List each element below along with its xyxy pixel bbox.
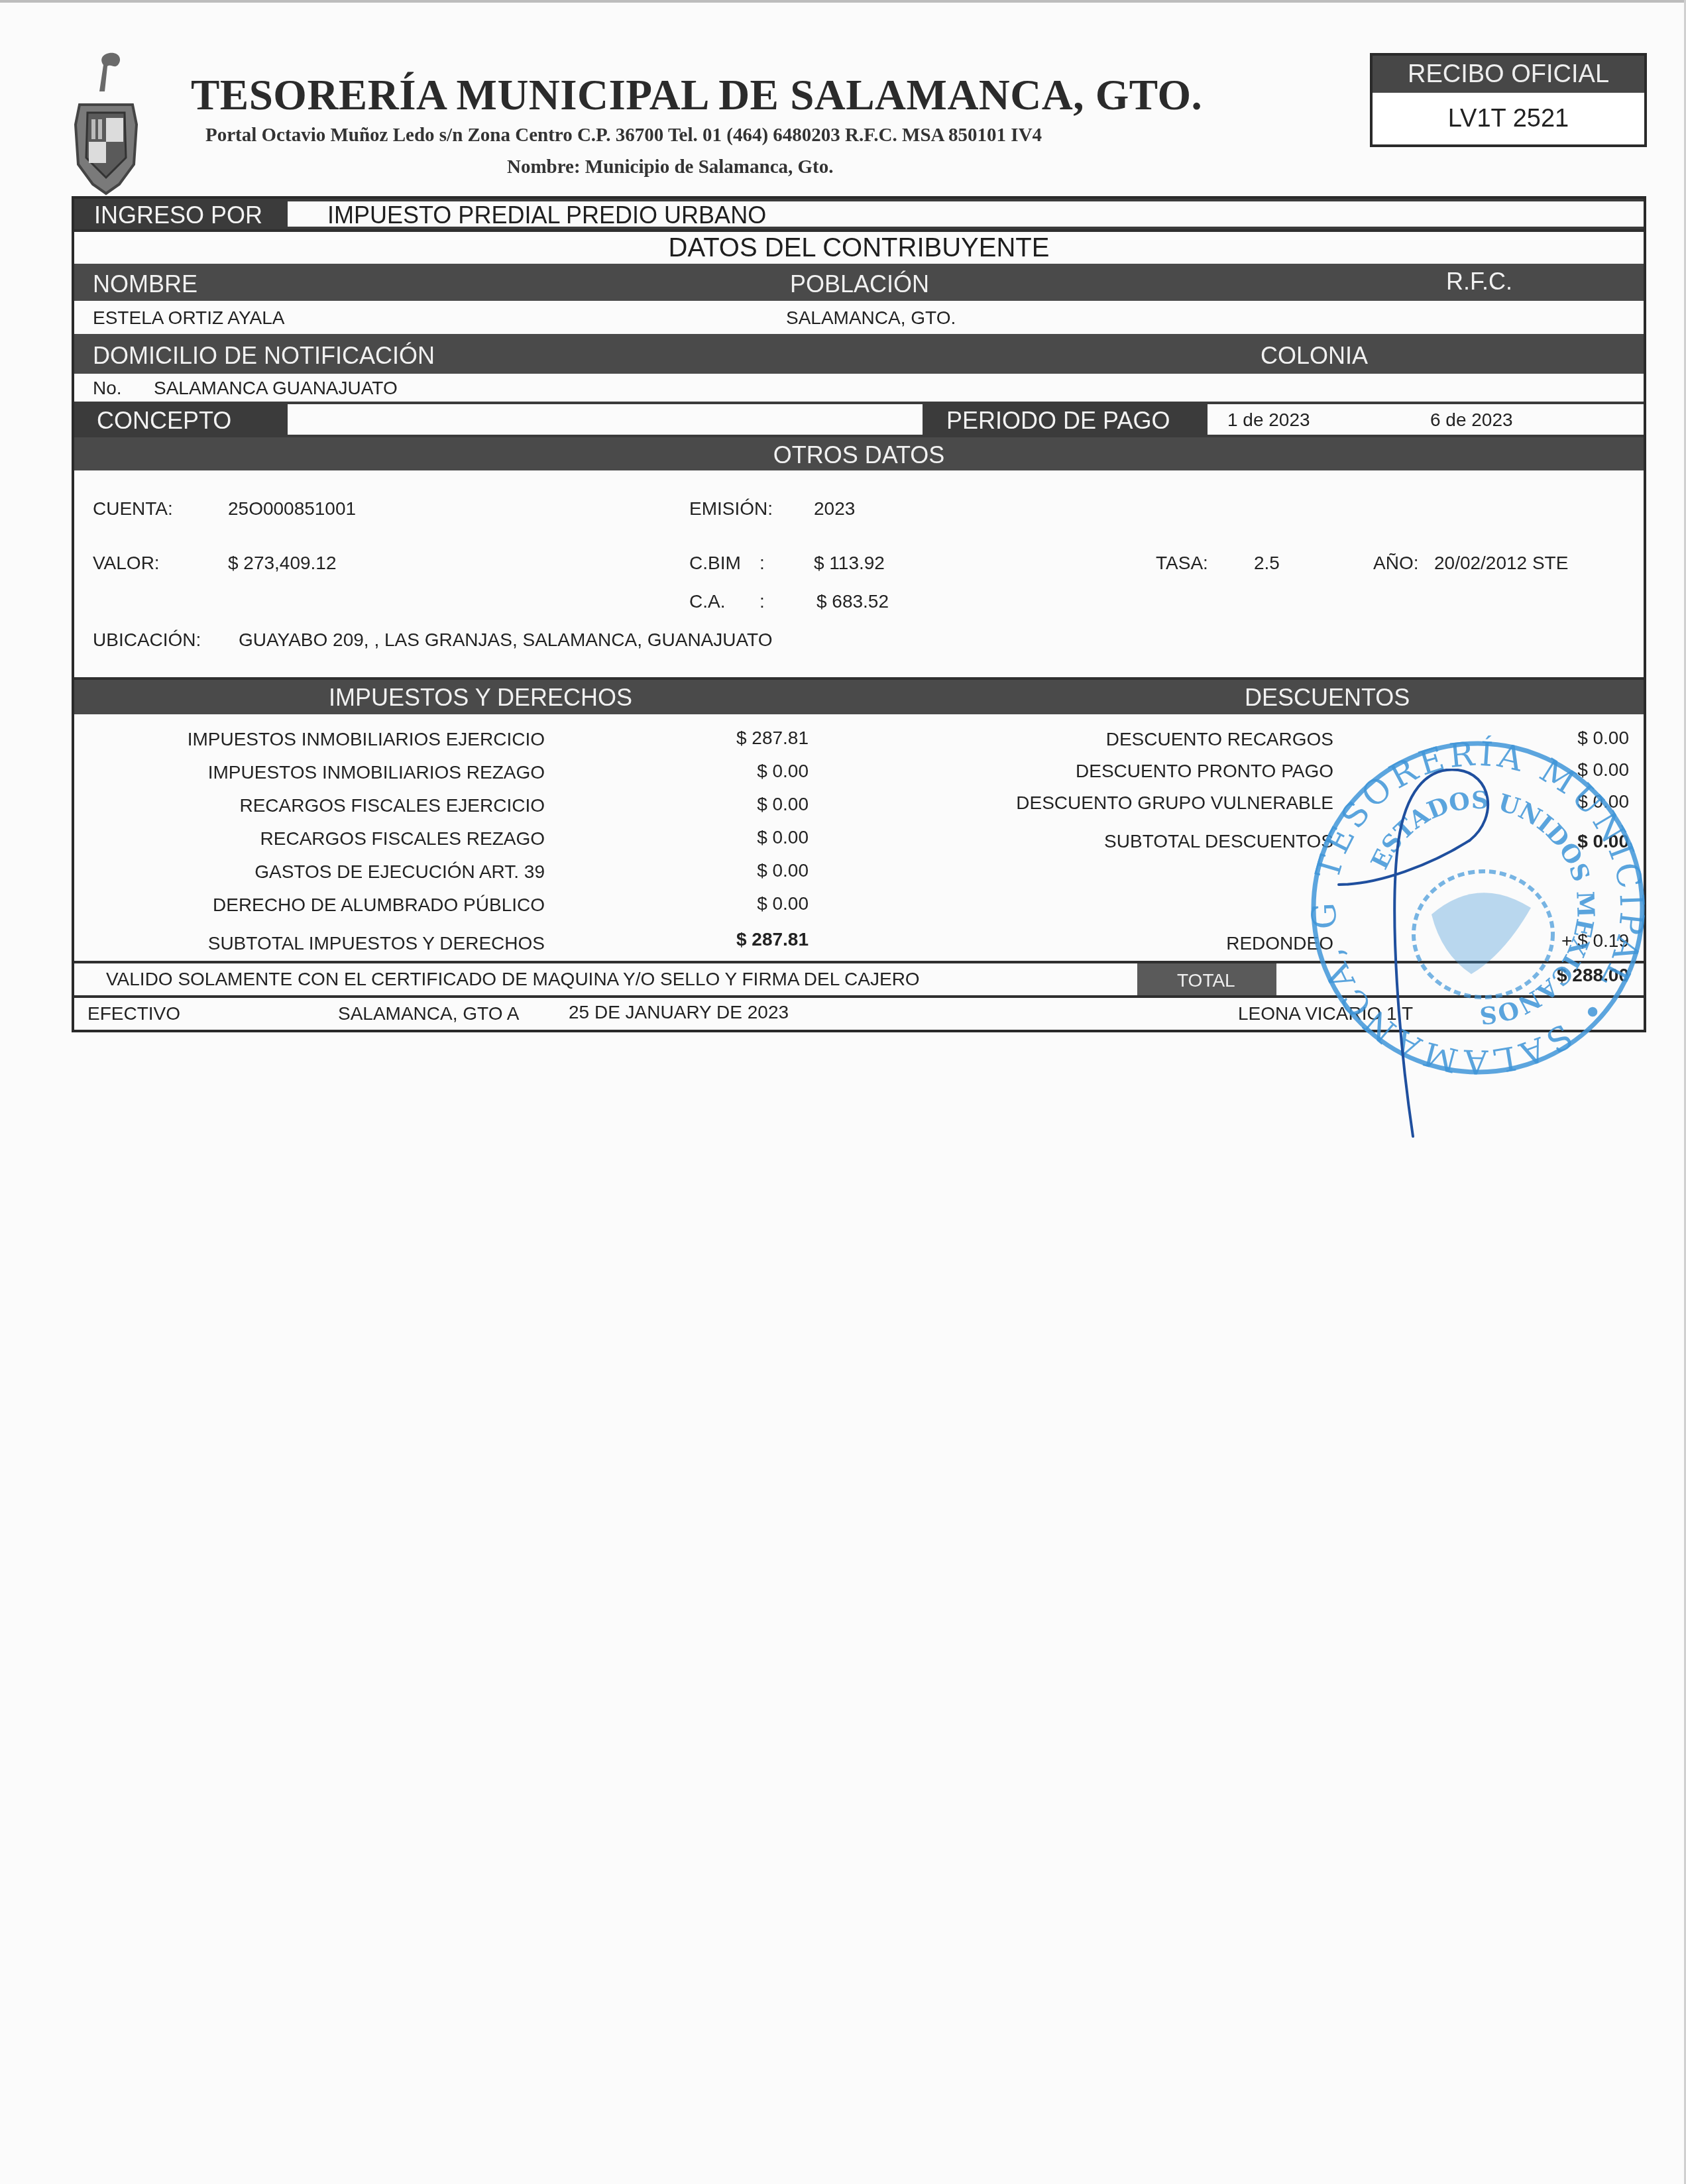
receipt-number: LV1T 2521	[1373, 93, 1644, 144]
impuesto-label: DERECHO DE ALUMBRADO PÚBLICO	[213, 895, 545, 916]
concepto-row: CONCEPTO PERIODO DE PAGO 1 de 2023 6 de …	[74, 402, 1644, 437]
descuento-amount: $ 0.00	[1577, 759, 1629, 781]
periodo-from: 1 de 2023	[1227, 409, 1310, 431]
cuenta-value: 25O000851001	[228, 498, 356, 519]
emision-value: 2023	[814, 498, 855, 519]
impuesto-amount: $ 0.00	[757, 860, 809, 881]
periodo-label: PERIODO DE PAGO	[946, 407, 1170, 435]
payment-row: EFECTIVO SALAMANCA, GTO A 25 DE JANUARY …	[74, 998, 1644, 1030]
impuesto-amount: $ 0.00	[757, 827, 809, 848]
payment-date: 25 DE JANUARY DE 2023	[569, 1002, 789, 1023]
total-label: TOTAL	[1177, 970, 1235, 991]
redondeo-label: REDONDEO	[1226, 933, 1333, 954]
otros-datos-header: OTROS DATOS	[74, 437, 1644, 470]
impuesto-amount: $ 0.00	[757, 761, 809, 782]
domicilio-no-label: No.	[93, 378, 122, 399]
descuento-amount: $ 0.00	[1577, 791, 1629, 812]
rfc-label: R.F.C.	[1446, 268, 1512, 296]
descuento-label: DESCUENTO GRUPO VULNERABLE	[1016, 792, 1333, 814]
impuestos-subtotal-label: SUBTOTAL IMPUESTOS Y DERECHOS	[208, 933, 545, 954]
poblacion-label: POBLACIÓN	[790, 270, 929, 298]
cbim-value: $ 113.92	[814, 553, 885, 574]
cbim-colon: :	[759, 553, 765, 574]
payment-place: SALAMANCA, GTO A	[338, 1003, 519, 1024]
tasa-label: TASA:	[1156, 553, 1208, 574]
ubicacion-label: UBICACIÓN:	[93, 629, 201, 651]
receipt-form: INGRESO POR IMPUESTO PREDIAL PREDIO URBA…	[72, 196, 1646, 1032]
nombre-label: NOMBRE	[93, 270, 197, 298]
impuestos-descuentos-header: IMPUESTOS Y DERECHOS DESCUENTOS	[74, 677, 1644, 714]
valor-value: $ 273,409.12	[228, 553, 337, 574]
domicilio-label: DOMICILIO DE NOTIFICACIÓN	[93, 342, 435, 370]
impuesto-label: IMPUESTOS INMOBILIARIOS REZAGO	[208, 762, 545, 783]
impuesto-amount: $ 0.00	[757, 893, 809, 914]
payment-method: EFECTIVO	[87, 1003, 180, 1024]
colonia-label: COLONIA	[1261, 342, 1368, 370]
ca-value: $ 683.52	[816, 591, 889, 612]
receipt-label: RECIBO OFICIAL	[1373, 56, 1644, 93]
impuesto-label: IMPUESTOS INMOBILIARIOS EJERCICIO	[188, 729, 545, 750]
redondeo-amount: + $ 0.19	[1561, 930, 1629, 952]
descuento-label: DESCUENTO RECARGOS	[1106, 729, 1333, 750]
descuento-amount: $ 0.00	[1577, 728, 1629, 749]
treasury-address: Portal Octavio Muñoz Ledo s/n Zona Centr…	[205, 125, 1042, 146]
domicilio-value: SALAMANCA GUANAJUATO	[154, 378, 398, 399]
cashier: LEONA VICARIO 1 T	[1238, 1003, 1413, 1024]
ca-label: C.A.	[689, 591, 725, 612]
ingreso-row: INGRESO POR IMPUESTO PREDIAL PREDIO URBA…	[74, 199, 1644, 229]
receipt-number-box: RECIBO OFICIAL LV1T 2521	[1370, 53, 1647, 147]
municipality-name: Nombre: Municipio de Salamanca, Gto.	[507, 156, 833, 178]
emision-label: EMISIÓN:	[689, 498, 773, 519]
impuesto-amount: $ 0.00	[757, 794, 809, 815]
impuesto-amount: $ 287.81	[736, 728, 809, 749]
periodo-to: 6 de 2023	[1430, 409, 1513, 431]
impuesto-label: RECARGOS FISCALES REZAGO	[260, 828, 545, 849]
treasury-title: TESORERÍA MUNICIPAL DE SALAMANCA, GTO.	[191, 70, 1202, 121]
descuento-label: DESCUENTO PRONTO PAGO	[1076, 761, 1333, 782]
ubicacion-value: GUAYABO 209, , LAS GRANJAS, SALAMANCA, G…	[239, 629, 773, 651]
ca-colon: :	[759, 591, 765, 612]
scan-edge	[0, 0, 1686, 3]
ingreso-label: INGRESO POR	[94, 201, 262, 229]
otros-datos-title: OTROS DATOS	[74, 437, 1644, 469]
descuentos-subtotal-amount: $ 0.00	[1577, 831, 1629, 852]
concepto-label: CONCEPTO	[97, 407, 231, 435]
descuentos-subtotal-label: SUBTOTAL DESCUENTOS	[1104, 831, 1333, 852]
impuestos-subtotal-amount: $ 287.81	[736, 929, 809, 950]
validity-note: VALIDO SOLAMENTE CON EL CERTIFICADO DE M…	[106, 969, 920, 990]
impuesto-label: GASTOS DE EJECUCIÓN ART. 39	[254, 861, 545, 883]
valor-label: VALOR:	[93, 553, 160, 574]
anio-value: 20/02/2012 STE	[1434, 553, 1568, 574]
poblacion-value: SALAMANCA, GTO.	[786, 307, 956, 329]
coat-of-arms-icon	[73, 52, 139, 197]
impuesto-label: RECARGOS FISCALES EJERCICIO	[239, 795, 545, 816]
nombre-value: ESTELA ORTIZ AYALA	[93, 307, 284, 329]
total-amount: $ 288.00	[1557, 965, 1629, 986]
ingreso-value: IMPUESTO PREDIAL PREDIO URBANO	[327, 201, 766, 229]
domicilio-header: DOMICILIO DE NOTIFICACIÓN COLONIA	[74, 334, 1644, 374]
anio-label: AÑO:	[1373, 553, 1418, 574]
descuentos-title: DESCUENTOS	[1245, 684, 1410, 712]
validity-row: VALIDO SOLAMENTE CON EL CERTIFICADO DE M…	[74, 963, 1644, 995]
contribuyente-header: NOMBRE POBLACIÓN R.F.C.	[74, 264, 1644, 301]
impuestos-title: IMPUESTOS Y DERECHOS	[329, 684, 632, 712]
tasa-value: 2.5	[1254, 553, 1280, 574]
cuenta-label: CUENTA:	[93, 498, 173, 519]
cbim-label: C.BIM	[689, 553, 741, 574]
contribuyente-title: DATOS DEL CONTRIBUYENTE	[74, 232, 1644, 263]
